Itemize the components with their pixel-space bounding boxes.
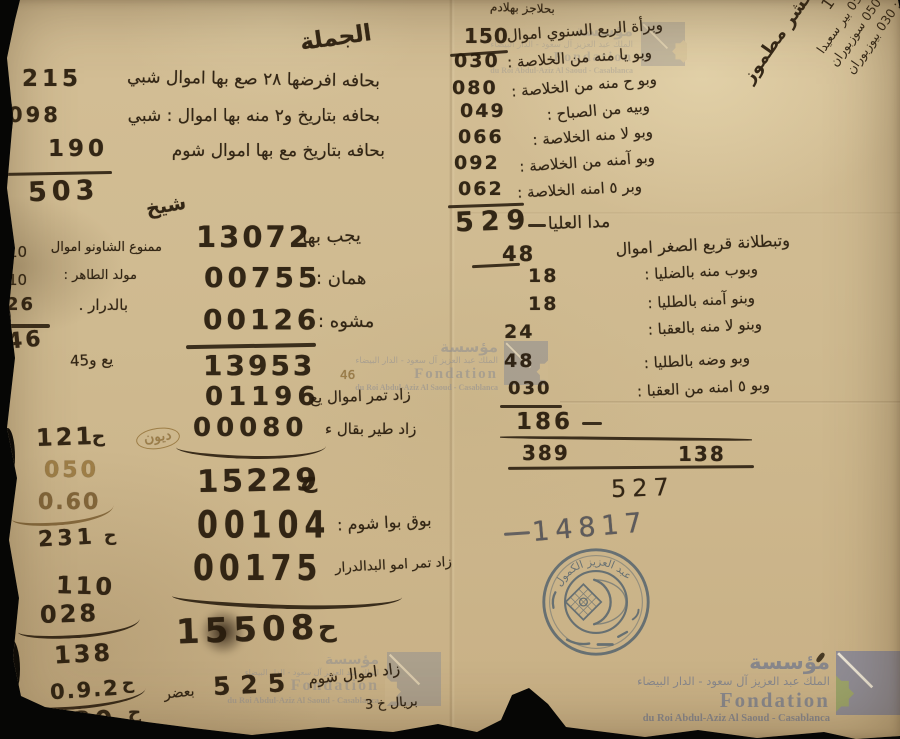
expense-row-text: بالدرار . <box>58 297 128 314</box>
calc-row-label: همان : <box>316 269 366 289</box>
calc-row-value: 00755 <box>204 261 321 294</box>
closing-value: 525 <box>212 668 296 701</box>
margin-value: 121 <box>36 422 96 452</box>
receipts-header: بحلاجز بهلادم <box>490 1 555 17</box>
paper-sheet: مؤسسة الملك عبد العزيز آل سعود - الدار ا… <box>0 0 900 739</box>
summary-row-text: بحافه افرضها ٢٨ صع بها اموال شبي <box>85 67 380 91</box>
watermark-ar-subtitle: الملك عبد العزيز آل سعود - الدار البيضاء <box>615 674 830 688</box>
calc-row-value: 00104 <box>197 504 331 548</box>
section2-row-value: 48 <box>504 350 534 372</box>
section2-row-value: 24 <box>504 321 534 343</box>
calc-row-note: 46 <box>340 368 355 382</box>
summary-row-value: 215 <box>22 66 82 92</box>
margin-value: 230 <box>52 705 117 736</box>
expense-row-text: مولد الطاهر : <box>35 269 137 284</box>
section2-row-value: 18 <box>528 293 558 315</box>
calc-subtotal-rule <box>186 343 316 349</box>
section2-row-value: 030 <box>508 378 552 399</box>
expense-row-value: 10 <box>8 271 27 289</box>
receipt-row-value: 049 <box>460 100 506 122</box>
torn-edge-blob <box>0 638 20 700</box>
receipt-row-text: وبو لا منه الخلاصة : <box>498 124 654 152</box>
receipt-row-value: 092 <box>454 152 500 174</box>
margin-value: 231 <box>37 525 96 553</box>
section2-head-text: وتبطلانة قربع الصغر اموال <box>540 231 791 262</box>
receipt-row-text: وبر ٥ امنه الخلاصة : <box>497 178 643 202</box>
torn-edge-blob <box>0 428 15 486</box>
official-seal-stamp: عبد العزيز الكمول <box>538 544 654 660</box>
summary-row-value: 190 <box>48 136 108 162</box>
calc-row-label: زاد تمر امو البدالدرار <box>335 555 453 576</box>
receipts-total-label: مدا العليا <box>548 213 611 234</box>
expense-total: 46 <box>6 326 45 354</box>
section2-subtotal: 186 <box>516 409 573 435</box>
margin-value: 138 <box>53 638 113 669</box>
section2-row-text: وبنو لا منه بالعقبا : <box>600 316 763 341</box>
section2-row-text: وبو وضه بالطليا : <box>622 350 751 373</box>
receipts-total: 529 <box>454 205 532 239</box>
horizontal-crease-2 <box>470 212 900 215</box>
section2-row-value: 18 <box>528 265 558 287</box>
expense-note: يع و45 <box>70 351 114 370</box>
receipt-row-text: وبيه من الصباح : <box>510 98 651 127</box>
debts-annotation: ديون <box>135 425 181 452</box>
watermark-ar-subtitle: الملك عبد العزيز آل سعود - الدار البيضاء <box>330 356 498 366</box>
flourish-mark: ح <box>92 427 105 447</box>
watermark-fr-subtitle: du Roi Abdul-Aziz Al Saoud - Casablanca <box>615 713 830 724</box>
calc-row-value: 00175 <box>193 548 322 590</box>
margin-rule-swoosh <box>12 504 115 528</box>
margin-rule-swoosh <box>18 618 141 641</box>
flourish-mark: ح <box>104 527 116 546</box>
total-dash <box>528 224 546 227</box>
summary-row-text: بحافه بتاريخ و٢ منه بها اموال : شبي <box>80 107 380 126</box>
manuscript-scan: مؤسسة الملك عبد العزيز آل سعود - الدار ا… <box>0 0 900 739</box>
receipt-row-text: وبو آمنه من الخلاصة : <box>492 149 656 177</box>
flourish-mark: ح <box>128 703 141 723</box>
section2-line-b <box>508 465 754 469</box>
receipt-row-value: 030 <box>454 50 500 72</box>
calc-row-label: زاد طير بقال ء <box>325 421 416 438</box>
watermark-fr-name: Fondation <box>615 688 830 713</box>
page-title: الجملة <box>299 21 374 57</box>
summary-row-value: 098 <box>8 103 61 127</box>
section2-subtotal-rule <box>500 405 562 408</box>
calc-row-label: بوق بوا شوم : <box>337 512 432 535</box>
torn-edge-blob <box>0 552 11 604</box>
receipt-row-value: 080 <box>452 77 498 99</box>
archive-number: 14817 <box>531 507 649 548</box>
receipt-row-text: وبو ح منه من الخلاصة : <box>495 71 658 102</box>
expense-row-text: ممنوع الشاونو اموال <box>30 241 162 256</box>
expense-row-value: 26 <box>6 294 35 315</box>
flourish-mark: ح <box>300 466 317 493</box>
receipt-row-value: 066 <box>458 126 504 148</box>
receipt-row-value: 150 <box>464 24 509 48</box>
section2-total: 527 <box>611 473 676 503</box>
closing-note: بريال خ 3 <box>365 695 419 713</box>
calc-grand-total: 15508 <box>175 608 320 653</box>
torn-edge-blob <box>0 95 13 140</box>
summary-total: 503 <box>27 175 99 208</box>
summary-row-text: بحافه بتاريخ مع بها اموال شوم <box>95 142 385 161</box>
pencil-dash <box>504 531 530 535</box>
margin-value: 110 <box>56 571 116 601</box>
calc-row-value: 00126 <box>203 303 320 336</box>
calc-row-label: زاد تمر اموال يع <box>310 386 411 406</box>
calc-row-value: 00080 <box>193 413 308 443</box>
section2-row-text: وبو ٥ امنه من العقبا : <box>600 377 771 403</box>
archive-watermark-bottom-right: مؤسسة الملك عبد العزيز آل سعود - الدار ا… <box>615 650 900 724</box>
calc-due-value: 13072 <box>196 220 312 254</box>
receipt-row-value: 062 <box>458 178 504 200</box>
section2-pair-left: 389 <box>522 441 570 465</box>
summary-subheading: شيخ <box>144 193 187 221</box>
calc-row-label: مشوه : <box>318 312 374 332</box>
corner-note: عشرة عشر مطموز ريال 100 زاد : 050 بير سع… <box>697 0 900 189</box>
margin-value: 050 <box>44 458 99 483</box>
section2-row-text: وبوب منه بالضليا : <box>628 261 759 285</box>
section2-rule <box>472 263 520 268</box>
section2-row-text: وبنو آمنه بالطليا : <box>625 290 756 314</box>
section2-pair-right: 138 <box>678 442 726 466</box>
foundation-logo-icon <box>836 650 900 716</box>
watermark-ar-name: مؤسسة <box>330 338 498 356</box>
calc-row-value: 01196 <box>205 382 320 412</box>
calc-subtotal1: 13953 <box>203 349 315 382</box>
flourish-mark: ح <box>318 614 337 643</box>
subtotal-dash <box>582 422 602 425</box>
closing-suffix: بعضر <box>163 684 195 703</box>
expense-row-value: 10 <box>8 243 27 261</box>
